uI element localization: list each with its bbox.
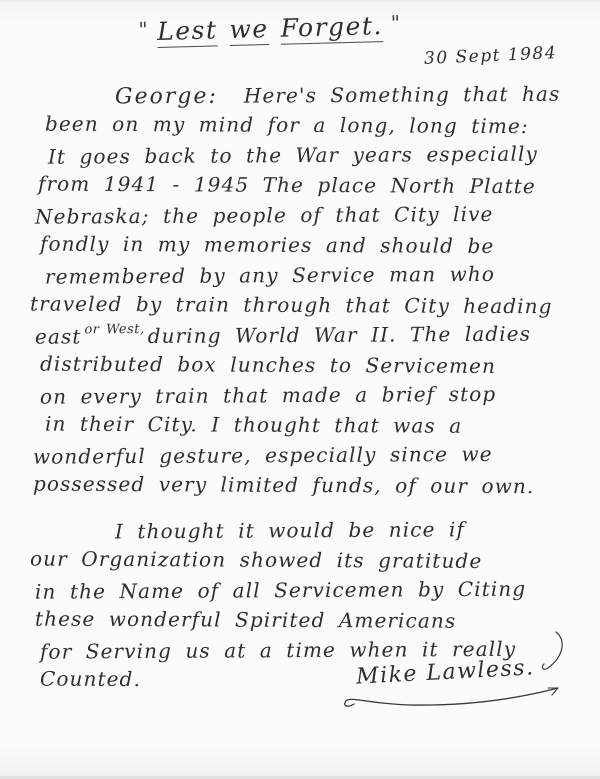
scanned-letter-page: "LestweForget." 30 Sept 1984 George:Here… <box>0 0 600 779</box>
signature-underline-flourish <box>340 684 565 716</box>
letter-line: these wonderful Spirited Americans <box>35 604 582 637</box>
letter-line: in the Name of all Servicemen by Citing <box>35 573 582 606</box>
letter-line: our Organization showed its gratitude <box>30 544 582 577</box>
title-word: Lest <box>157 15 218 46</box>
letter-line: in their City. I thought that was a <box>45 409 582 442</box>
letter-line: It goes back to the War years especially <box>48 138 582 171</box>
greeting: George: <box>115 84 218 110</box>
letter-line: Nebraska; the people of that City live <box>35 198 582 231</box>
letter-line: traveled by train through that City head… <box>30 289 582 322</box>
inserted-text-above-line: or West, <box>84 322 144 337</box>
title-close-quote: " <box>390 11 401 35</box>
letter-line: eastor West,during World War II. The lad… <box>35 318 582 351</box>
letter-date: 30 Sept 1984 <box>424 43 558 69</box>
letter-line: possessed very limited funds, of our own… <box>33 469 582 502</box>
letter-line-text: east <box>35 324 82 348</box>
letter-line: from 1941 - 1945 The place North Platte <box>38 169 582 202</box>
letter-body: George:Here's Something that has been on… <box>30 80 582 695</box>
letter-title: "LestweForget." <box>0 7 540 50</box>
letter-line-text: during World War II. The ladies <box>148 322 531 348</box>
letter-line: on every train that made a brief stop <box>40 378 582 411</box>
title-word: Forget. <box>280 11 383 43</box>
title-word: we <box>229 14 269 44</box>
letter-line-text: Here's Something that has <box>244 82 561 108</box>
paper-top-edge <box>0 0 600 2</box>
letter-line: fondly in my memories and should be <box>40 229 582 262</box>
letter-line: remembered by any Service man who <box>45 258 582 291</box>
letter-line: been on my mind for a long, long time: <box>45 109 582 142</box>
title-open-quote: " <box>138 17 149 41</box>
letter-line: I thought it would be nice if <box>115 514 582 547</box>
letter-line: wonderful gesture, especially since we <box>33 438 582 471</box>
letter-line: distributed box lunches to Servicemen <box>40 349 582 382</box>
pen-flourish <box>536 630 566 676</box>
letter-line: George:Here's Something that has <box>115 79 582 112</box>
